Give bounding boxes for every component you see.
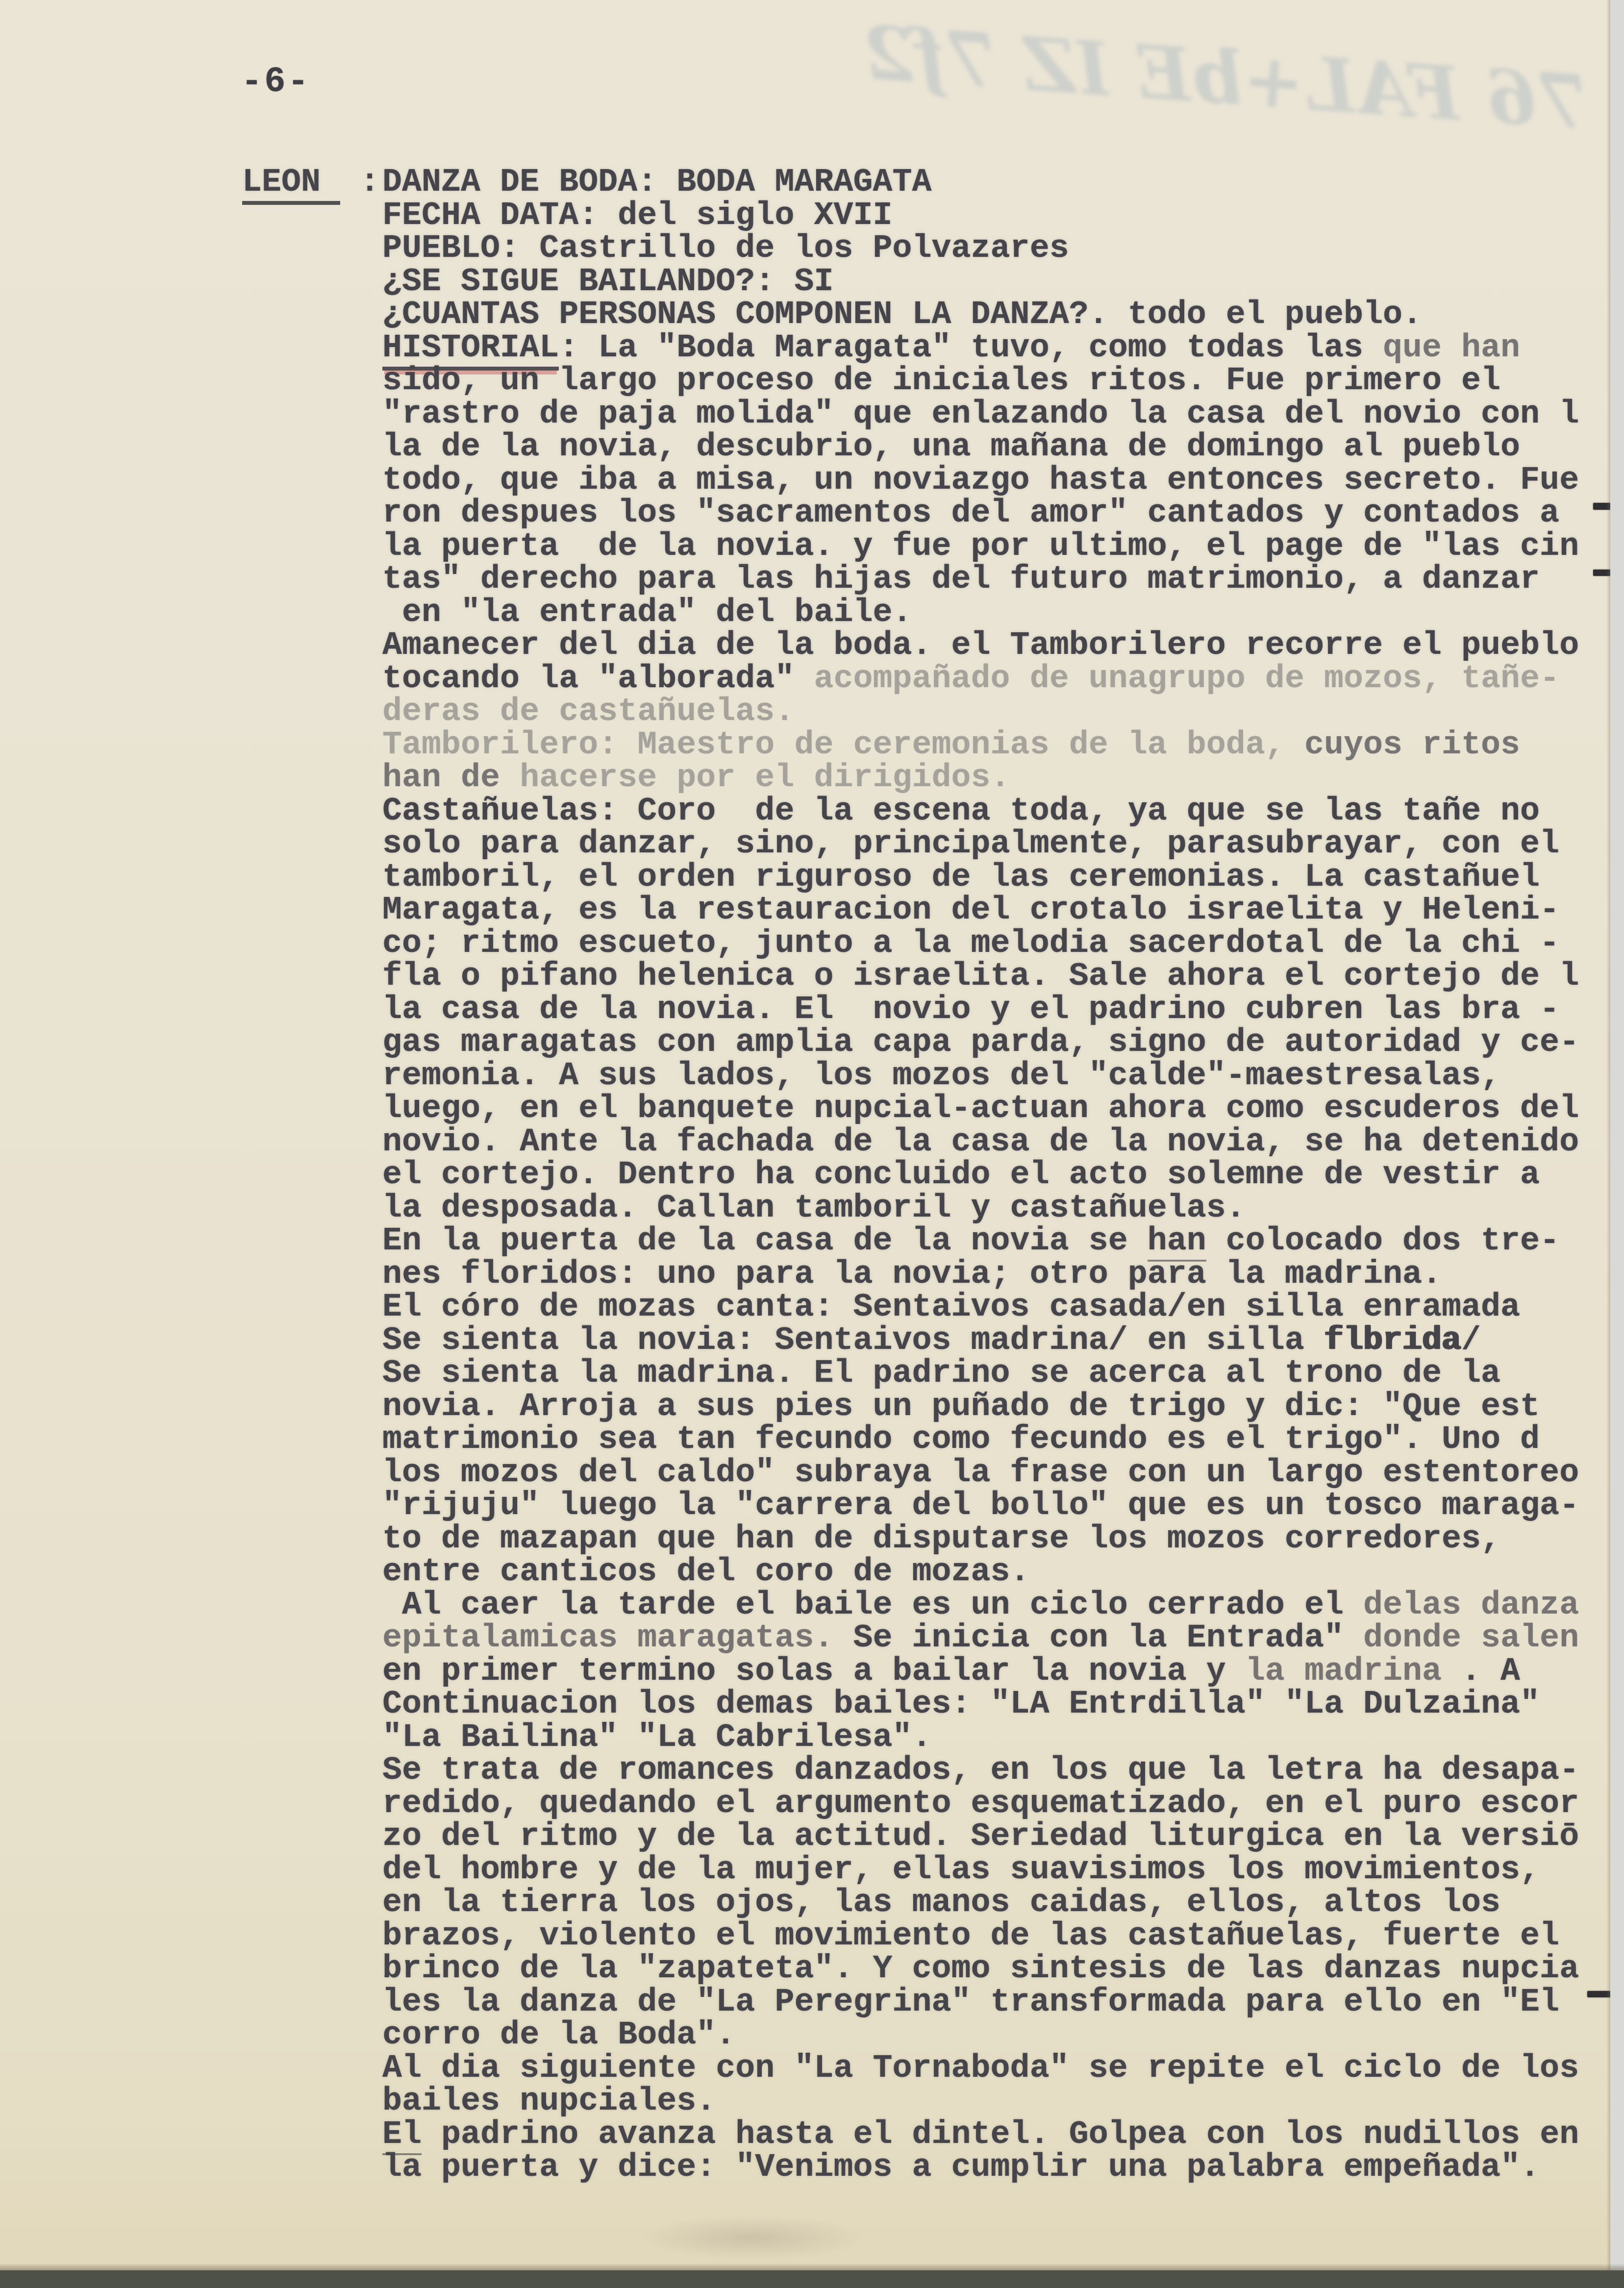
text-line: Al caer la tarde el baile es un ciclo ce… <box>382 1589 1579 1622</box>
text-line: la desposada. Callan tamboril y castañue… <box>382 1192 1246 1225</box>
text-run: corro de la Boda". <box>382 2016 735 2054</box>
text-line: fla o pifano helenica o israelita. Sale … <box>382 960 1579 993</box>
text-line: sido, un largo proceso de iniciales rito… <box>382 364 1500 398</box>
text-run: la de la novia, descubrio, una mañana de… <box>382 428 1520 466</box>
text-run: colocado dos tre- <box>1206 1222 1559 1260</box>
text-line: ¿CUANTAS PERSONAS COMPONEN LA DANZA?. to… <box>382 298 1422 331</box>
text-line: la puerta de la novia. y fue por ultimo,… <box>382 530 1579 563</box>
text-line: tas" derecho para las hijas del futuro m… <box>382 563 1540 596</box>
text-run: epitalamicas maragatas. <box>382 1619 833 1657</box>
text-line: Se sienta la novia: Sentaivos madrina/ e… <box>382 1324 1481 1357</box>
text-run: el cortejo. Dentro ha concluido el acto … <box>382 1156 1540 1194</box>
text-line: matrimonio sea tan fecundo como fecundo … <box>382 1423 1540 1456</box>
text-line: novia. Arroja a sus pies un puñado de tr… <box>382 1390 1540 1423</box>
text-run: El córo de mozas canta: Sentaivos casada… <box>382 1289 1520 1326</box>
text-run: Se sienta la novia: Sentaivos madrina/ e… <box>382 1322 1324 1359</box>
text-run: Amanecer del dia de la boda. el Tamboril… <box>382 627 1579 664</box>
text-line: "La Bailina" "La Cabrilesa". <box>382 1721 932 1754</box>
text-line: tocando la "alborada" acompañado de unag… <box>382 662 1559 696</box>
text-run: LEON <box>242 164 340 205</box>
text-line: han de hacerse por el dirigidos. <box>382 761 1010 795</box>
text-line: del hombre y de la mujer, ellas suavisim… <box>382 1853 1540 1887</box>
text-line: la casa de la novia. El novio y el padri… <box>382 993 1559 1026</box>
text-run: remonia. A sus lados, los mozos del "cal… <box>382 1057 1500 1094</box>
text-run: que han <box>1383 329 1520 367</box>
text-run: : <box>340 164 379 201</box>
text-run: Castañuelas: Coro de la escena toda, ya … <box>382 793 1540 830</box>
text-line: nes floridos: uno para la novia; otro pa… <box>382 1258 1442 1291</box>
text-line: en la tierra los ojos, las manos caidas,… <box>382 1886 1500 1919</box>
text-run: brazos, violento el movimiento de las ca… <box>382 1917 1559 1955</box>
text-run: brinco de la "zapateta". Y como sintesis… <box>382 1950 1579 1988</box>
text-line: Continuacion los demas bailes: "LA Entrd… <box>382 1688 1540 1721</box>
text-line: la de la novia, descubrio, una mañana de… <box>382 430 1520 464</box>
text-run: en la tierra los ojos, las manos caidas,… <box>382 1884 1500 1921</box>
text-line: solo para danzar, sino, principalmente, … <box>382 827 1559 861</box>
text-run: la desposada. Callan tamboril y castañue… <box>382 1190 1246 1227</box>
text-line: "rijuju" luego la "carrera del bollo" qu… <box>382 1489 1579 1522</box>
text-line: ¿SE SIGUE BAILANDO?: SI <box>382 265 833 298</box>
text-run: Se inicia con la Entrada" <box>833 1619 1363 1657</box>
text-run: / <box>1461 1322 1481 1359</box>
text-line: luego, en el banquete nupcial-actuan aho… <box>382 1092 1579 1125</box>
text-run: gas maragatas con amplia capa parda, sig… <box>382 1024 1579 1061</box>
text-run: acompañado de unagrupo de mozos, tañe- <box>814 660 1559 697</box>
text-line: tamboril, el orden riguroso de las cerem… <box>382 861 1540 894</box>
text-line: entre canticos del coro de mozas. <box>382 1555 1030 1589</box>
text-run: cuyos ritos <box>1304 726 1520 764</box>
scanner-background-right <box>1610 0 1624 2288</box>
text-run: en primer termino solas a bailar la novi… <box>382 1653 1246 1690</box>
text-run: Continuacion los demas bailes: "LA Entrd… <box>382 1686 1540 1723</box>
text-line: brazos, violento el movimiento de las ca… <box>382 1919 1559 1953</box>
text-line: co; ritmo escueto, junto a la melodia sa… <box>382 927 1559 960</box>
text-run: la madrina <box>1246 1653 1461 1690</box>
text-line: En la puerta de la casa de la novia se h… <box>382 1224 1559 1258</box>
text-run: ron despues los "sacramentos del amor" c… <box>382 495 1559 532</box>
text-line: epitalamicas maragatas. Se inicia con la… <box>382 1621 1579 1655</box>
text-line: DANZA DE BODA: BODA MARAGATALEON : <box>382 166 932 199</box>
text-run: la puerta y dice: "Venimos a cumplir una… <box>382 2149 1540 2186</box>
text-run: hacerse por el dirigidos. <box>520 759 1010 796</box>
text-run: zo del ritmo y de la actitud. Seriedad l… <box>382 1818 1579 1855</box>
text-run: tamboril, el orden riguroso de las cerem… <box>382 859 1540 896</box>
text-line: PUEBLO: Castrillo de los Polvazares <box>382 232 1069 265</box>
text-run: novia. Arroja a sus pies un puñado de tr… <box>382 1388 1540 1425</box>
text-line: les la danza de "La Peregrina" transform… <box>382 1986 1559 2019</box>
text-run: Se trata de romances danzados, en los qu… <box>382 1752 1579 1789</box>
text-run: : La "Boda Maragata" tuvo, como todas la… <box>559 329 1383 367</box>
text-line: bailes nupciales. <box>382 2085 716 2118</box>
text-line: zo del ritmo y de la actitud. Seriedad l… <box>382 1820 1579 1853</box>
text-run: novio. Ante la fachada de la casa de la … <box>382 1123 1579 1161</box>
text-run: "rijuju" luego la "carrera del bollo" qu… <box>382 1487 1579 1524</box>
text-run: delas danza <box>1363 1587 1579 1624</box>
text-run: matrimonio sea tan fecundo como fecundo … <box>382 1421 1540 1458</box>
text-run: PUEBLO: Castrillo de los Polvazares <box>382 230 1069 267</box>
text-run: to de mazapan que han de disputarse los … <box>382 1520 1500 1558</box>
text-run: todo, que iba a misa, un noviazgo hasta … <box>382 462 1579 499</box>
text-line: Al dia siguiente con "La Tornaboda" se r… <box>382 2052 1579 2085</box>
text-line: redido, quedando el argumento esquematiz… <box>382 1787 1579 1820</box>
text-run: padrino avanza hasta el dintel. Golpea c… <box>422 2116 1579 2153</box>
text-line: en primer termino solas a bailar la novi… <box>382 1655 1520 1688</box>
text-line: la puerta y dice: "Venimos a cumplir una… <box>382 2151 1540 2184</box>
text-run: en "la entrada" del baile. <box>382 594 912 631</box>
text-run: "rastro de paja molida" que enlazando la… <box>382 396 1579 433</box>
scanned-document-page: 76 FAL+bE IZ 7f2 -6- DANZA DE BODA: BODA… <box>0 0 1624 2288</box>
text-line: ron despues los "sacramentos del amor" c… <box>382 497 1559 530</box>
text-run: les la danza de "La Peregrina" transform… <box>382 1984 1559 2021</box>
text-line: El padrino avanza hasta el dintel. Golpe… <box>382 2118 1579 2151</box>
ink-bleedthrough-text: 76 FAL+bE IZ 7f2 <box>1152 5 1593 182</box>
text-run: co; ritmo escueto, junto a la melodia sa… <box>382 925 1559 962</box>
text-line: novio. Ante la fachada de la casa de la … <box>382 1125 1579 1159</box>
text-line: HISTORIAL: La "Boda Maragata" tuvo, como… <box>382 331 1520 365</box>
text-run: redido, quedando el argumento esquematiz… <box>382 1785 1579 1822</box>
text-run: han de <box>382 759 520 796</box>
text-run: sido, un largo proceso de iniciales rito… <box>382 362 1500 399</box>
text-run: tocando la "alborada" <box>382 660 814 697</box>
text-run: flbrida <box>1324 1322 1461 1359</box>
text-run: Al caer la tarde el baile es un ciclo ce… <box>382 1587 1363 1624</box>
text-line: el cortejo. Dentro ha concluido el acto … <box>382 1158 1540 1192</box>
text-run: tas" derecho para las hijas del futuro m… <box>382 561 1540 598</box>
text-run: FECHA DATA: del siglo XVII <box>382 197 893 234</box>
text-run: la casa de la novia. El novio y el padri… <box>382 991 1559 1028</box>
text-run: entre canticos del coro de mozas. <box>382 1553 1030 1591</box>
text-run: del hombre y de la mujer, ellas suavisim… <box>382 1851 1540 1889</box>
text-run: luego, en el banquete nupcial-actuan aho… <box>382 1090 1579 1127</box>
text-line: en "la entrada" del baile. <box>382 596 912 629</box>
region-label: LEON : <box>242 166 379 199</box>
text-line: Tamborilero: Maestro de ceremonias de la… <box>382 728 1520 762</box>
text-line: "rastro de paja molida" que enlazando la… <box>382 398 1579 431</box>
text-line: Maragata, es la restauracion del crotalo… <box>382 894 1559 927</box>
text-run: "La Bailina" "La Cabrilesa". <box>382 1719 932 1756</box>
text-line: Amanecer del dia de la boda. el Tamboril… <box>382 629 1579 662</box>
text-run: ¿SE SIGUE BAILANDO?: SI <box>382 263 833 300</box>
text-line: to de mazapan que han de disputarse los … <box>382 1522 1500 1556</box>
page-number: -6- <box>241 62 311 102</box>
text-line: corro de la Boda". <box>382 2018 735 2052</box>
paper-smudge <box>637 2215 868 2260</box>
text-line: remonia. A sus lados, los mozos del "cal… <box>382 1059 1500 1093</box>
text-run: ¿CUANTAS PERSONAS COMPONEN LA DANZA?. to… <box>382 296 1422 333</box>
text-run: nes floridos: uno para la novia; otro pa… <box>382 1256 1442 1293</box>
text-run: . A <box>1461 1653 1520 1690</box>
text-line: El córo de mozas canta: Sentaivos casada… <box>382 1291 1520 1324</box>
text-run: Al dia siguiente con "La Tornaboda" se r… <box>382 2050 1579 2087</box>
text-run: Maragata, es la restauracion del crotalo… <box>382 892 1559 929</box>
text-line: todo, que iba a misa, un noviazgo hasta … <box>382 464 1579 497</box>
text-line: brinco de la "zapateta". Y como sintesis… <box>382 1952 1579 1986</box>
text-run: la puerta de la novia. y fue por ultimo,… <box>382 528 1579 565</box>
text-line: Se trata de romances danzados, en los qu… <box>382 1754 1579 1787</box>
text-run: bailes nupciales. <box>382 2083 716 2120</box>
text-line: FECHA DATA: del siglo XVII <box>382 199 893 232</box>
text-run: DANZA DE BODA: BODA MARAGATA <box>382 164 932 201</box>
text-line: gas maragatas con amplia capa parda, sig… <box>382 1026 1579 1059</box>
text-run: fla o pifano helenica o israelita. Sale … <box>382 958 1579 995</box>
text-run: En la puerta de la casa de la novia se <box>382 1222 1148 1260</box>
text-run: Se sienta la madrina. El padrino se acer… <box>382 1355 1500 1392</box>
text-run: los mozos del caldo" subraya la frase co… <box>382 1454 1579 1492</box>
text-line: los mozos del caldo" subraya la frase co… <box>382 1456 1579 1490</box>
text-line: Castañuelas: Coro de la escena toda, ya … <box>382 795 1540 828</box>
text-run: solo para danzar, sino, principalmente, … <box>382 825 1559 863</box>
text-line: Se sienta la madrina. El padrino se acer… <box>382 1357 1500 1390</box>
text-line: deras de castañuelas. <box>382 695 794 728</box>
document-lines: DANZA DE BODA: BODA MARAGATALEON :FECHA … <box>382 166 1618 2185</box>
text-run: Tamborilero: Maestro de ceremonias de la… <box>382 726 1304 764</box>
text-run: deras de castañuelas. <box>382 693 794 730</box>
text-run: donde salen <box>1363 1619 1579 1657</box>
scanner-background-bottom <box>0 2270 1624 2288</box>
